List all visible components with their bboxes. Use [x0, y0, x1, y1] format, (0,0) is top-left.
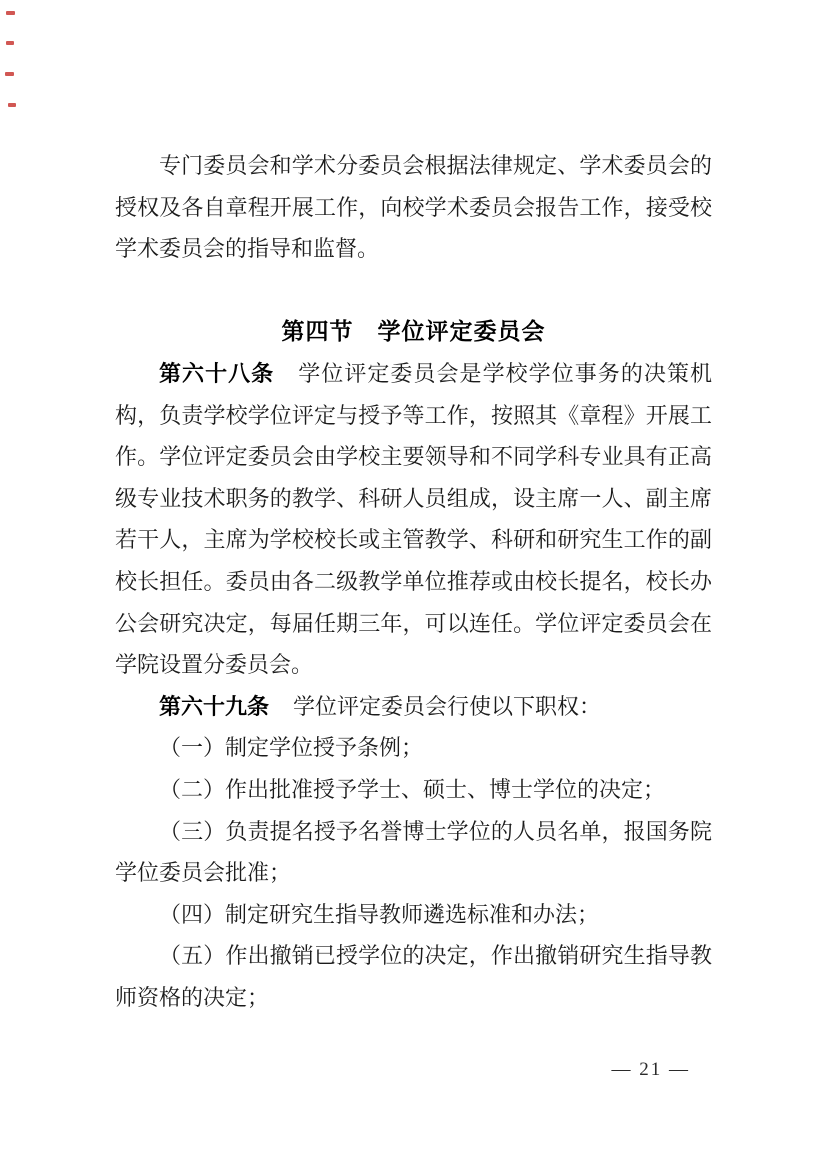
red-edge-mark — [8, 103, 16, 107]
document-body: 专门委员会和学术分委员会根据法律规定、学术委员会的 授权及各自章程开展工作，向校… — [115, 145, 712, 1018]
document-page: 专门委员会和学术分委员会根据法律规定、学术委员会的 授权及各自章程开展工作，向校… — [0, 0, 826, 1169]
article68-line6: 校长担任。委员由各二级教学单位推荐或由校长提名，校长办 — [115, 561, 712, 603]
article68-line8: 学院设置分委员会。 — [115, 644, 712, 686]
article69-item3-line1: （三）负责提名授予名誉博士学位的人员名单，报国务院 — [115, 811, 712, 853]
article68-term: 第六十八条 — [159, 361, 274, 386]
section-heading: 第四节 学位评定委员会 — [115, 311, 712, 353]
article68-line7: 公会研究决定，每届任期三年，可以连任。学位评定委员会在 — [115, 603, 712, 645]
red-edge-mark — [6, 41, 14, 45]
paragraph1-line2: 授权及各自章程开展工作，向校学术委员会报告工作，接受校 — [115, 187, 712, 229]
article68-line5: 若干人，主席为学校校长或主管教学、科研和研究生工作的副 — [115, 519, 712, 561]
red-edge-mark — [6, 11, 15, 15]
article69-term: 第六十九条 — [159, 694, 269, 719]
blank-line — [115, 270, 712, 312]
article68-line4: 级专业技术职务的教学、科研人员组成，设主席一人、副主席 — [115, 478, 712, 520]
article69-item2: （二）作出批准授予学士、硕士、博士学位的决定； — [115, 769, 712, 811]
red-edge-mark — [5, 72, 14, 76]
article69-item5-line2: 师资格的决定； — [115, 977, 712, 1019]
paragraph1-line3: 学术委员会的指导和监督。 — [115, 228, 712, 270]
article69-item3-line2: 学位委员会批准； — [115, 852, 712, 894]
article68-line1-text: 学位评定委员会是学校学位事务的决策机 — [298, 361, 712, 386]
article69-item5-line1: （五）作出撤销已授学位的决定，作出撤销研究生指导教 — [115, 935, 712, 977]
article69-item4: （四）制定研究生指导教师遴选标准和办法； — [115, 894, 712, 936]
article69-item1: （一）制定学位授予条例； — [115, 727, 712, 769]
paragraph1-line1: 专门委员会和学术分委员会根据法律规定、学术委员会的 — [115, 145, 712, 187]
page-number: — 21 — — [612, 1058, 691, 1082]
article68-line3: 作。学位评定委员会由学校主要领导和不同学科专业具有正高 — [115, 436, 712, 478]
article69-line1-text: 学位评定委员会行使以下职权： — [293, 694, 601, 719]
article69-line1: 第六十九条学位评定委员会行使以下职权： — [115, 686, 712, 728]
article68-line1: 第六十八条学位评定委员会是学校学位事务的决策机 — [115, 353, 712, 395]
article68-line2: 构，负责学校学位评定与授予等工作，按照其《章程》开展工 — [115, 395, 712, 437]
